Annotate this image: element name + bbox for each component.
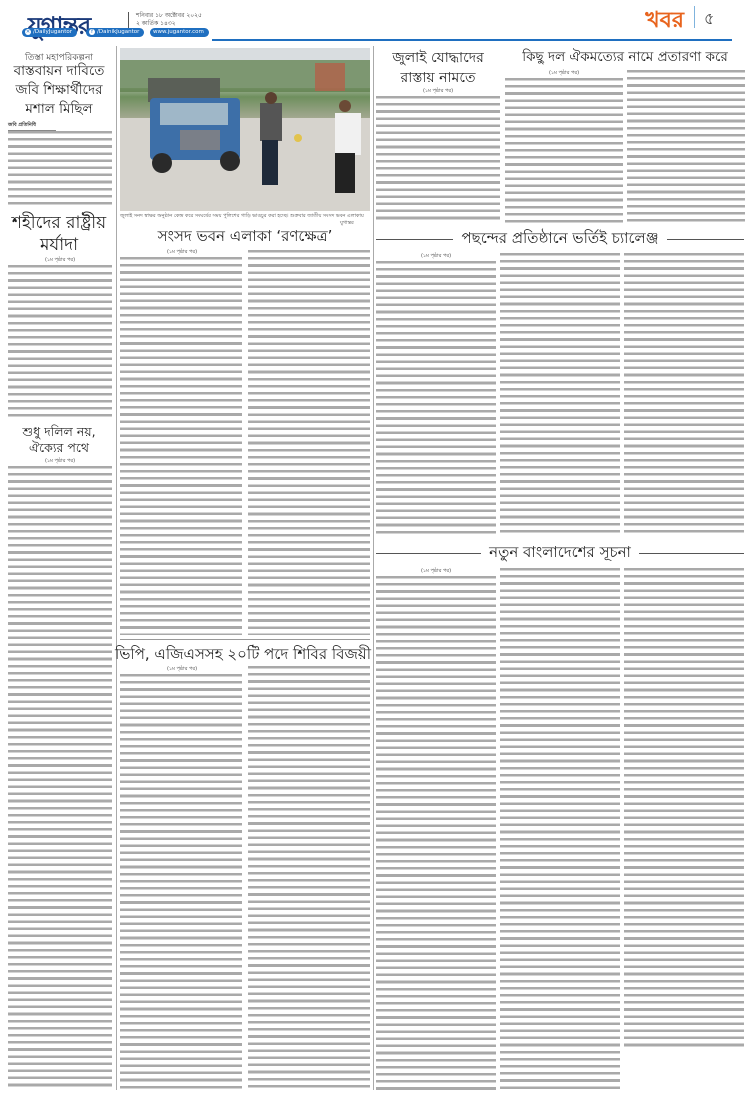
teesta-body (8, 131, 112, 209)
admission-headline-row: পছন্দের প্রতিষ্ঠানে ভর্তিই চ্যালেঞ্জ (376, 228, 744, 250)
parliament-headline[interactable]: সংসদ ভবন এলাকা ‘রণক্ষেত্র’ (120, 226, 370, 246)
new-bangladesh-headline[interactable]: নতুন বাংলাদেশের সূচনা (489, 541, 631, 566)
social-facebook-link[interactable]: f/DainikJugantor (86, 28, 144, 37)
new-bangladesh-body-col1 (376, 576, 496, 1090)
admission-body-col2 (500, 253, 620, 537)
martyrs-headline[interactable]: শহীদের রাষ্ট্রীয় মর্যাদা (2, 212, 116, 256)
martyrs-continued: (১ম পৃষ্ঠার পর) (8, 257, 112, 265)
new-bangladesh-continued: (১ম পৃষ্ঠার পর) (376, 568, 496, 576)
website-link[interactable]: www.jugantor.com (150, 28, 209, 37)
teesta-byline: জবি প্রতিনিধি (8, 122, 56, 131)
new-bangladesh-headline-row: নতুন বাংলাদেশের সূচনা (376, 541, 744, 565)
photo-illustration (120, 48, 370, 211)
article-divider (120, 639, 370, 640)
photo-caption: জুলাই সনদ স্বাক্ষর অনুষ্ঠান কেন্দ্র করে … (120, 213, 370, 220)
x-icon: ✕ (25, 29, 31, 35)
admission-headline[interactable]: পছন্দের প্রতিষ্ঠানে ভর্তিই চ্যালেঞ্জ (461, 227, 658, 252)
admission-body-col3 (624, 253, 744, 537)
social-x-link[interactable]: ✕/DailyJugantor (22, 28, 77, 37)
shibir-body-col2 (248, 666, 370, 1090)
headline-rule-left (376, 239, 453, 240)
shibir-continued: (১ম পৃষ্ঠার পর) (120, 666, 244, 674)
teesta-headline[interactable]: বাস্তবায়ন দাবিতে জবি শিক্ষার্থীদের মশাল… (2, 62, 116, 119)
some-parties-body-col2 (627, 70, 745, 224)
july-warriors-continued: (১ম পৃষ্ঠার পর) (376, 88, 500, 96)
unity-continued: (১ম পৃষ্ঠার পর) (8, 458, 112, 466)
some-parties-headline[interactable]: কিছু দল ঐকমত্যের নামে প্রতারণা করে (505, 48, 745, 66)
headline-rule-right (639, 553, 744, 554)
header-rule (212, 39, 346, 41)
july-warriors-headline[interactable]: জুলাই যোদ্ধাদের রাস্তায় নামতে (376, 48, 500, 88)
headline-rule-right (667, 239, 744, 240)
parliament-continued: (১ম পৃষ্ঠার পর) (120, 249, 244, 257)
section-title: খবর (645, 3, 684, 40)
shibir-body-col1 (120, 674, 242, 1090)
new-bangladesh-body-col2 (500, 568, 620, 1090)
some-parties-continued: (১ম পৃষ্ঠার পর) (505, 70, 623, 78)
headline-rule-left (376, 553, 481, 554)
shibir-headline[interactable]: ভিপি, এজিএসসহ ২০টি পদে শিবির বিজয়ী (112, 643, 374, 665)
admission-body-col1 (376, 261, 496, 537)
unity-body (8, 466, 112, 1090)
news-photo-police-vehicle (120, 48, 370, 211)
july-warriors-body (376, 96, 500, 224)
unity-headline[interactable]: শুধু দলিল নয়, ঐক্যের পথে (2, 424, 116, 456)
parliament-body-col2 (248, 250, 370, 635)
martyrs-body (8, 265, 112, 421)
column-divider (116, 46, 117, 1090)
admission-continued: (১ম পৃষ্ঠার পর) (376, 253, 496, 261)
parliament-body-col1 (120, 257, 242, 635)
column-divider-center (373, 46, 374, 1090)
new-bangladesh-body-col3 (624, 568, 744, 1048)
facebook-icon: f (89, 29, 95, 35)
page-number: ৫ (704, 6, 714, 33)
logo-divider (128, 12, 129, 28)
section-divider (694, 6, 695, 28)
some-parties-body-col1 (505, 78, 623, 224)
